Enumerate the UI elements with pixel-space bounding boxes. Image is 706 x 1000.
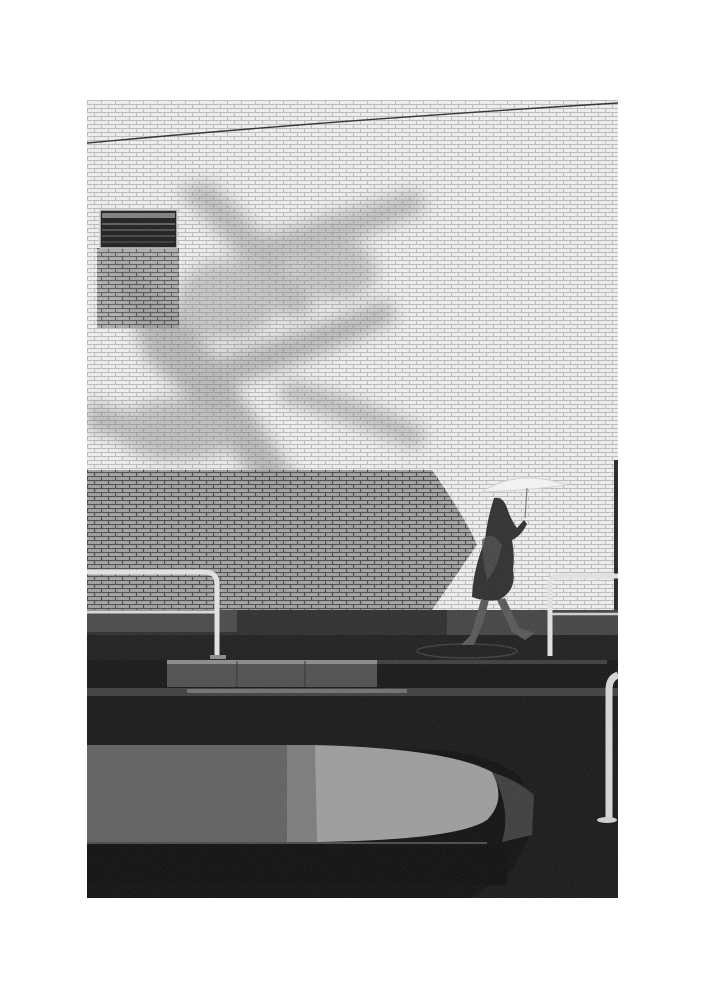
photo-canvas — [87, 100, 618, 898]
photo-print: Black-and-white street photograph: a wom… — [87, 100, 618, 898]
